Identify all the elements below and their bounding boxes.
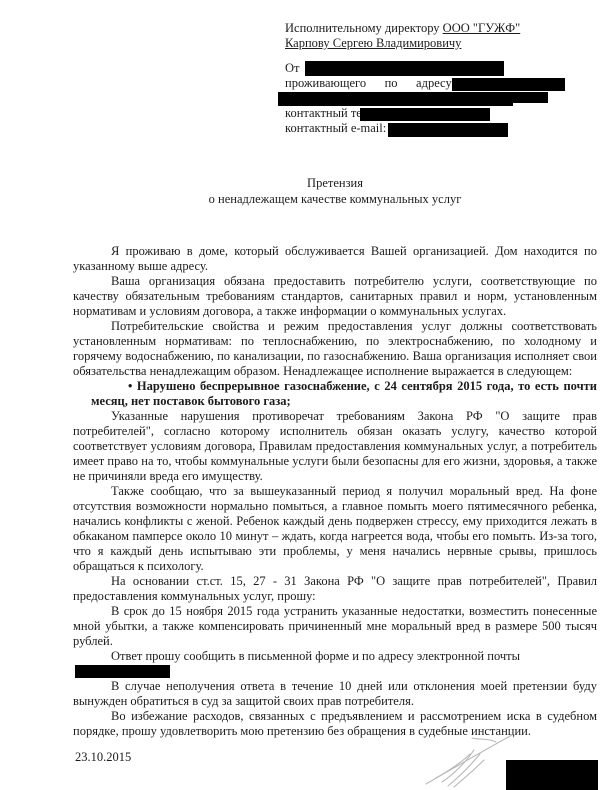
redaction-bar-phone — [360, 108, 490, 121]
addressee-line-2: Карпову Сергею Владимировичу — [285, 36, 461, 51]
addressee-org: ООО "ГУЖФ" — [443, 21, 521, 35]
redaction-bar-address-3 — [513, 92, 548, 103]
paragraph-9: В случае неполучения ответа в течение 10… — [73, 679, 597, 709]
redaction-bar-body-email — [75, 665, 170, 678]
paragraph-1: Я проживаю в доме, который обслуживается… — [73, 244, 597, 274]
redaction-bar-email — [388, 123, 508, 137]
email-label: контактный e-mail: — [285, 121, 386, 136]
paragraph-4: Указанные нарушения противоречат требова… — [73, 409, 597, 484]
redacted-email-line — [73, 664, 597, 679]
address-label: проживающего по адресу: — [285, 76, 455, 91]
redaction-bar-address-1 — [452, 78, 565, 91]
addressee-prefix: Исполнительному директору — [285, 21, 443, 35]
redaction-bar-signature — [506, 760, 598, 790]
document-body: Я проживаю в доме, который обслуживается… — [73, 244, 597, 739]
paragraph-6: На основании ст.ст. 15, 27 - 31 Закона Р… — [73, 574, 597, 604]
paragraph-2: Ваша организация обязана предоставить по… — [73, 274, 597, 319]
document-page: { "header": { "addressee_prefix": "Испол… — [0, 0, 600, 790]
paragraph-5: Также сообщаю, что за вышеуказанный пери… — [73, 484, 597, 574]
paragraph-7: В срок до 15 ноября 2015 года устранить … — [73, 604, 597, 649]
document-date: 23.10.2015 — [75, 750, 131, 765]
paragraph-8: Ответ прошу сообщить в письменной форме … — [73, 649, 597, 664]
title-line-2: о ненадлежащем качестве коммунальных усл… — [73, 192, 597, 208]
from-label: От — [285, 61, 300, 76]
bullet-item-gas-supply: • Нарушено беспрерывное газоснабжение, с… — [91, 379, 597, 409]
title-line-1: Претензия — [73, 176, 597, 192]
document-title: Претензия о ненадлежащем качестве коммун… — [73, 176, 597, 207]
redaction-bar-address-2 — [278, 92, 513, 106]
redaction-bar-from — [305, 61, 504, 76]
addressee-line-1: Исполнительному директору ООО "ГУЖФ" — [285, 21, 520, 36]
paragraph-3: Потребительские свойства и режим предост… — [73, 319, 597, 379]
